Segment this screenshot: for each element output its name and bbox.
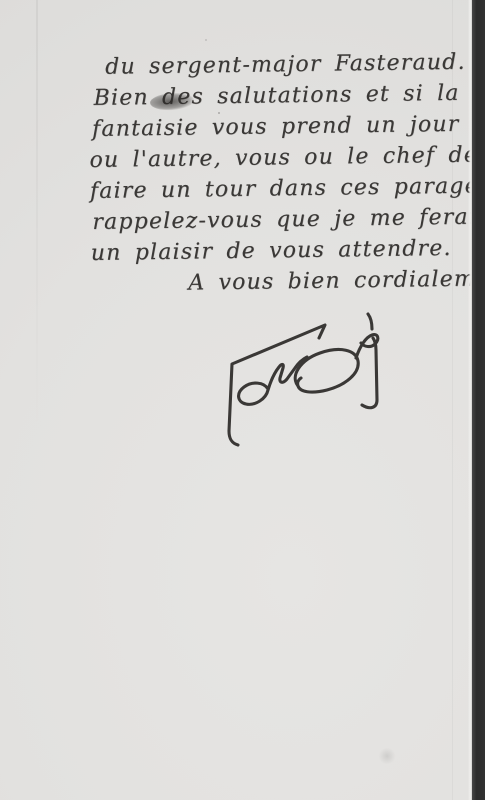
signature-oval-stroke — [295, 350, 358, 393]
signature — [214, 300, 389, 455]
scanned-letter: du sergent-major Fasteraud. Bien des sal… — [0, 0, 485, 800]
letter-paper: du sergent-major Fasteraud. Bien des sal… — [0, 0, 471, 800]
letter-body-text: du sergent-major Fasteraud. Bien des sal… — [88, 47, 483, 300]
signature-bracket-stroke — [229, 325, 325, 445]
paper-speck — [218, 112, 220, 114]
signature-accent-stroke — [368, 314, 372, 329]
paper-crease-left — [36, 0, 38, 440]
letter-closing-line: A vous bien cordialement. — [91, 264, 483, 300]
paper-smudge — [378, 748, 396, 764]
signature-tail-stroke — [362, 338, 377, 408]
scan-background-edge — [472, 0, 485, 800]
paper-speck — [205, 39, 207, 41]
